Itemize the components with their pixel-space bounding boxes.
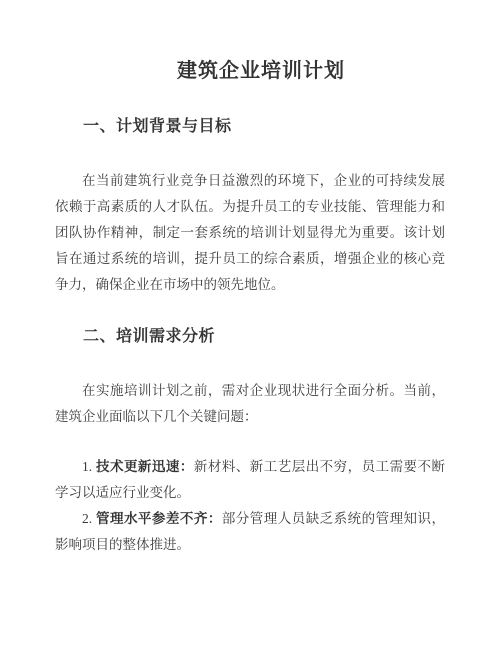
section-2-paragraph: 在实施培训计划之前，需对企业现状进行全面分析。当前，建筑企业面临以下几个关键问题… <box>55 378 445 430</box>
list-item-2: 2. 管理水平参差不齐：部分管理人员缺乏系统的管理知识，影响项目的整体推进。 <box>55 506 445 558</box>
list-item-2-number: 2. <box>82 511 96 526</box>
list-item-1: 1. 技术更新迅速：新材料、新工艺层出不穷，员工需要不断学习以适应行业变化。 <box>55 454 445 506</box>
section-2-heading: 二、培训需求分析 <box>55 324 445 350</box>
document-page: 建筑企业培训计划 一、计划背景与目标 在当前建筑行业竞争日益激烈的环境下，企业的… <box>0 0 500 647</box>
list-item-2-term: 管理水平参差不齐： <box>96 511 222 526</box>
list-item-1-term: 技术更新迅速： <box>96 459 194 474</box>
list-item-1-number: 1. <box>82 459 96 474</box>
section-1-heading: 一、计划背景与目标 <box>55 114 445 140</box>
section-1-paragraph: 在当前建筑行业竞争日益激烈的环境下，企业的可持续发展依赖于高素质的人才队伍。为提… <box>55 168 445 298</box>
document-title: 建筑企业培训计划 <box>55 58 445 84</box>
